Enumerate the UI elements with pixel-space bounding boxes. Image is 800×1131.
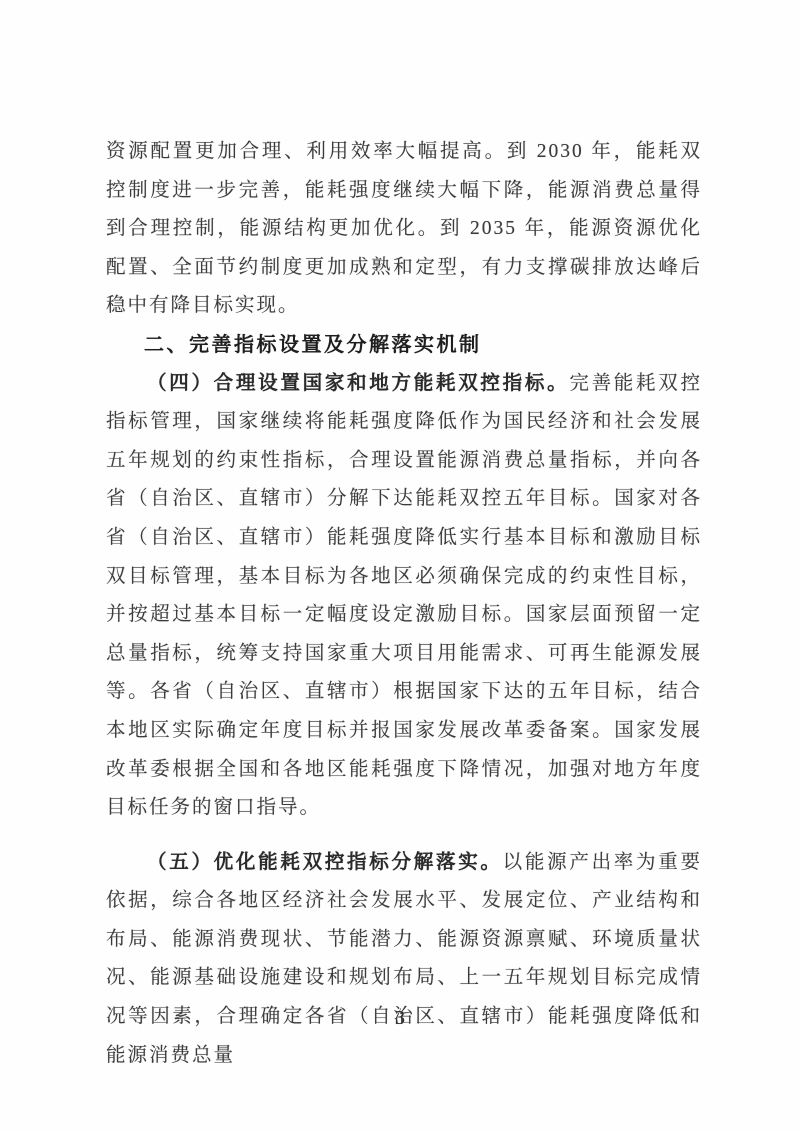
document-text-block: 资源配置更加合理、利用效率大幅提高。到 2030 年，能耗双控制度进一步完善，能… — [106, 133, 702, 1075]
paragraph-item-4: （四）合理设置国家和地方能耗双控指标。完善能耗双控指标管理，国家继续将能耗强度降… — [106, 365, 702, 828]
page-number: 3 — [0, 1003, 800, 1033]
paragraph-item-5: （五）优化能耗双控指标分解落实。以能源产出率为重要依据，综合各地区经济社会发展水… — [106, 844, 702, 1076]
paragraph-item-4-lead: （四）合理设置国家和地方能耗双控指标。 — [147, 373, 569, 394]
paragraph-item-4-body: 完善能耗双控指标管理，国家继续将能耗强度降低作为国民经济和社会发展五年规划的约束… — [106, 373, 702, 819]
document-page: 资源配置更加合理、利用效率大幅提高。到 2030 年，能耗双控制度进一步完善，能… — [0, 0, 800, 1131]
paragraph-continuation: 资源配置更加合理、利用效率大幅提高。到 2030 年，能耗双控制度进一步完善，能… — [106, 133, 702, 326]
paragraph-item-5-body: 以能源产出率为重要依据，综合各地区经济社会发展水平、发展定位、产业结构和布局、能… — [106, 852, 702, 1066]
section-heading: 二、完善指标设置及分解落实机制 — [106, 326, 702, 365]
paragraph-item-5-lead: （五）优化能耗双控指标分解落实。 — [147, 852, 503, 873]
